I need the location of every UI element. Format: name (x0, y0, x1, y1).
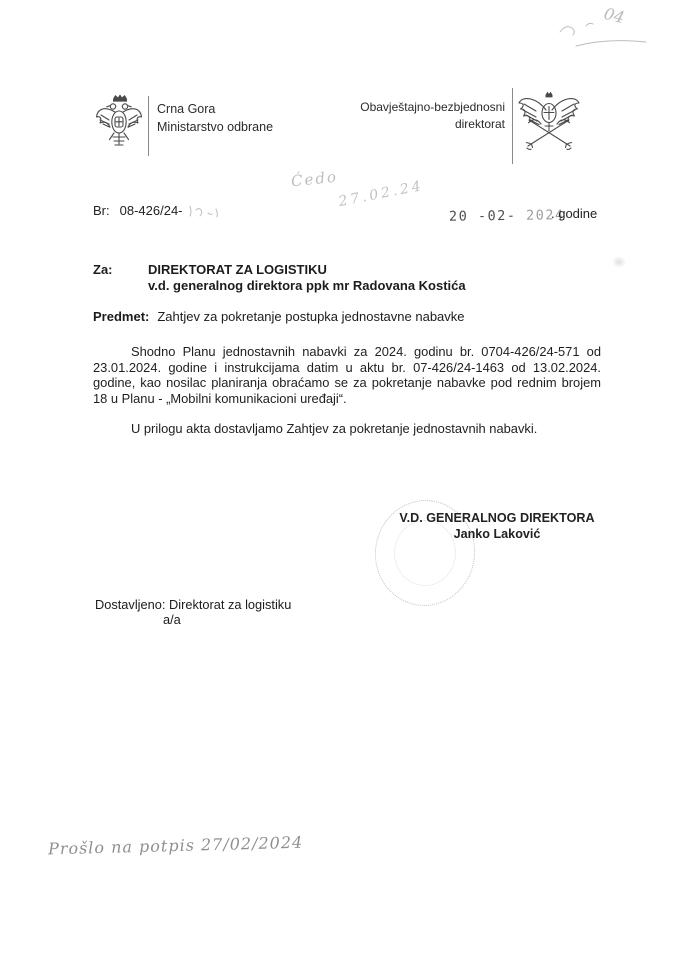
signature-block: V.D. GENERALNOG DIREKTORA Janko Laković (385, 510, 609, 542)
header-divider-left (148, 96, 149, 156)
reference-number: 08-426/24- (120, 203, 183, 218)
ministry-header-text: Crna Gora Ministarstvo odbrane (157, 100, 273, 136)
header-divider-right (512, 88, 513, 164)
signatory-title: V.D. GENERALNOG DIREKTORA (385, 510, 609, 526)
distribution-line1: Direktorat za logistiku (169, 597, 291, 612)
subject-label: Predmet: (93, 309, 149, 324)
org-ministry: Ministarstvo odbrane (157, 118, 273, 136)
montenegro-coat-of-arms-icon (94, 92, 144, 156)
signatory-name: Janko Laković (385, 526, 609, 542)
reference-number-line: Br:08-426/24- (93, 203, 183, 218)
date-suffix: . godine (551, 206, 597, 221)
reference-label: Br: (93, 203, 110, 218)
body-paragraph-2: U prilogu akta dostavljamo Zahtjev za po… (93, 421, 601, 437)
handwritten-mid-note-name: Ćedo (290, 168, 339, 191)
body-paragraph-1: Shodno Planu jednostavnih nabavki za 202… (93, 344, 601, 406)
recipient-line1: DIREKTORAT ZA LOGISTIKU (148, 262, 578, 278)
received-date-stamp: 20 -02- 2024 (449, 207, 565, 225)
illegible-handwritten-number (186, 201, 232, 219)
distribution-line2: a/a (163, 612, 181, 627)
scan-smudge (612, 256, 626, 268)
subject-text: Zahtjev za pokretanje postupka jednostav… (157, 309, 464, 324)
directorate-line1: Obavještajno-bezbjednosni (300, 99, 505, 116)
recipient-line2: v.d. generalnog direktora ppk mr Radovan… (148, 278, 578, 294)
corner-squiggle-mark (556, 8, 656, 58)
military-directorate-emblem-icon (517, 90, 581, 162)
subject-block: Predmet:Zahtjev za pokretanje postupka j… (93, 309, 465, 324)
handwritten-bottom-note: Prošlo na potpis 27/02/2024 (48, 833, 308, 859)
recipient-label: Za: (93, 262, 113, 278)
scanned-letter-page: Crna Gora Ministarstvo odbrane Obavješta… (0, 0, 679, 960)
handwritten-mid-note-date: 27.02.24 (337, 178, 425, 210)
directorate-header-text: Obavještajno-bezbjednosni direktorat (300, 99, 505, 133)
distribution-label: Dostavljeno: (95, 597, 165, 612)
org-country: Crna Gora (157, 100, 273, 118)
directorate-line2: direktorat (300, 116, 505, 133)
distribution-block: Dostavljeno: Direktorat za logistiku (95, 597, 291, 612)
